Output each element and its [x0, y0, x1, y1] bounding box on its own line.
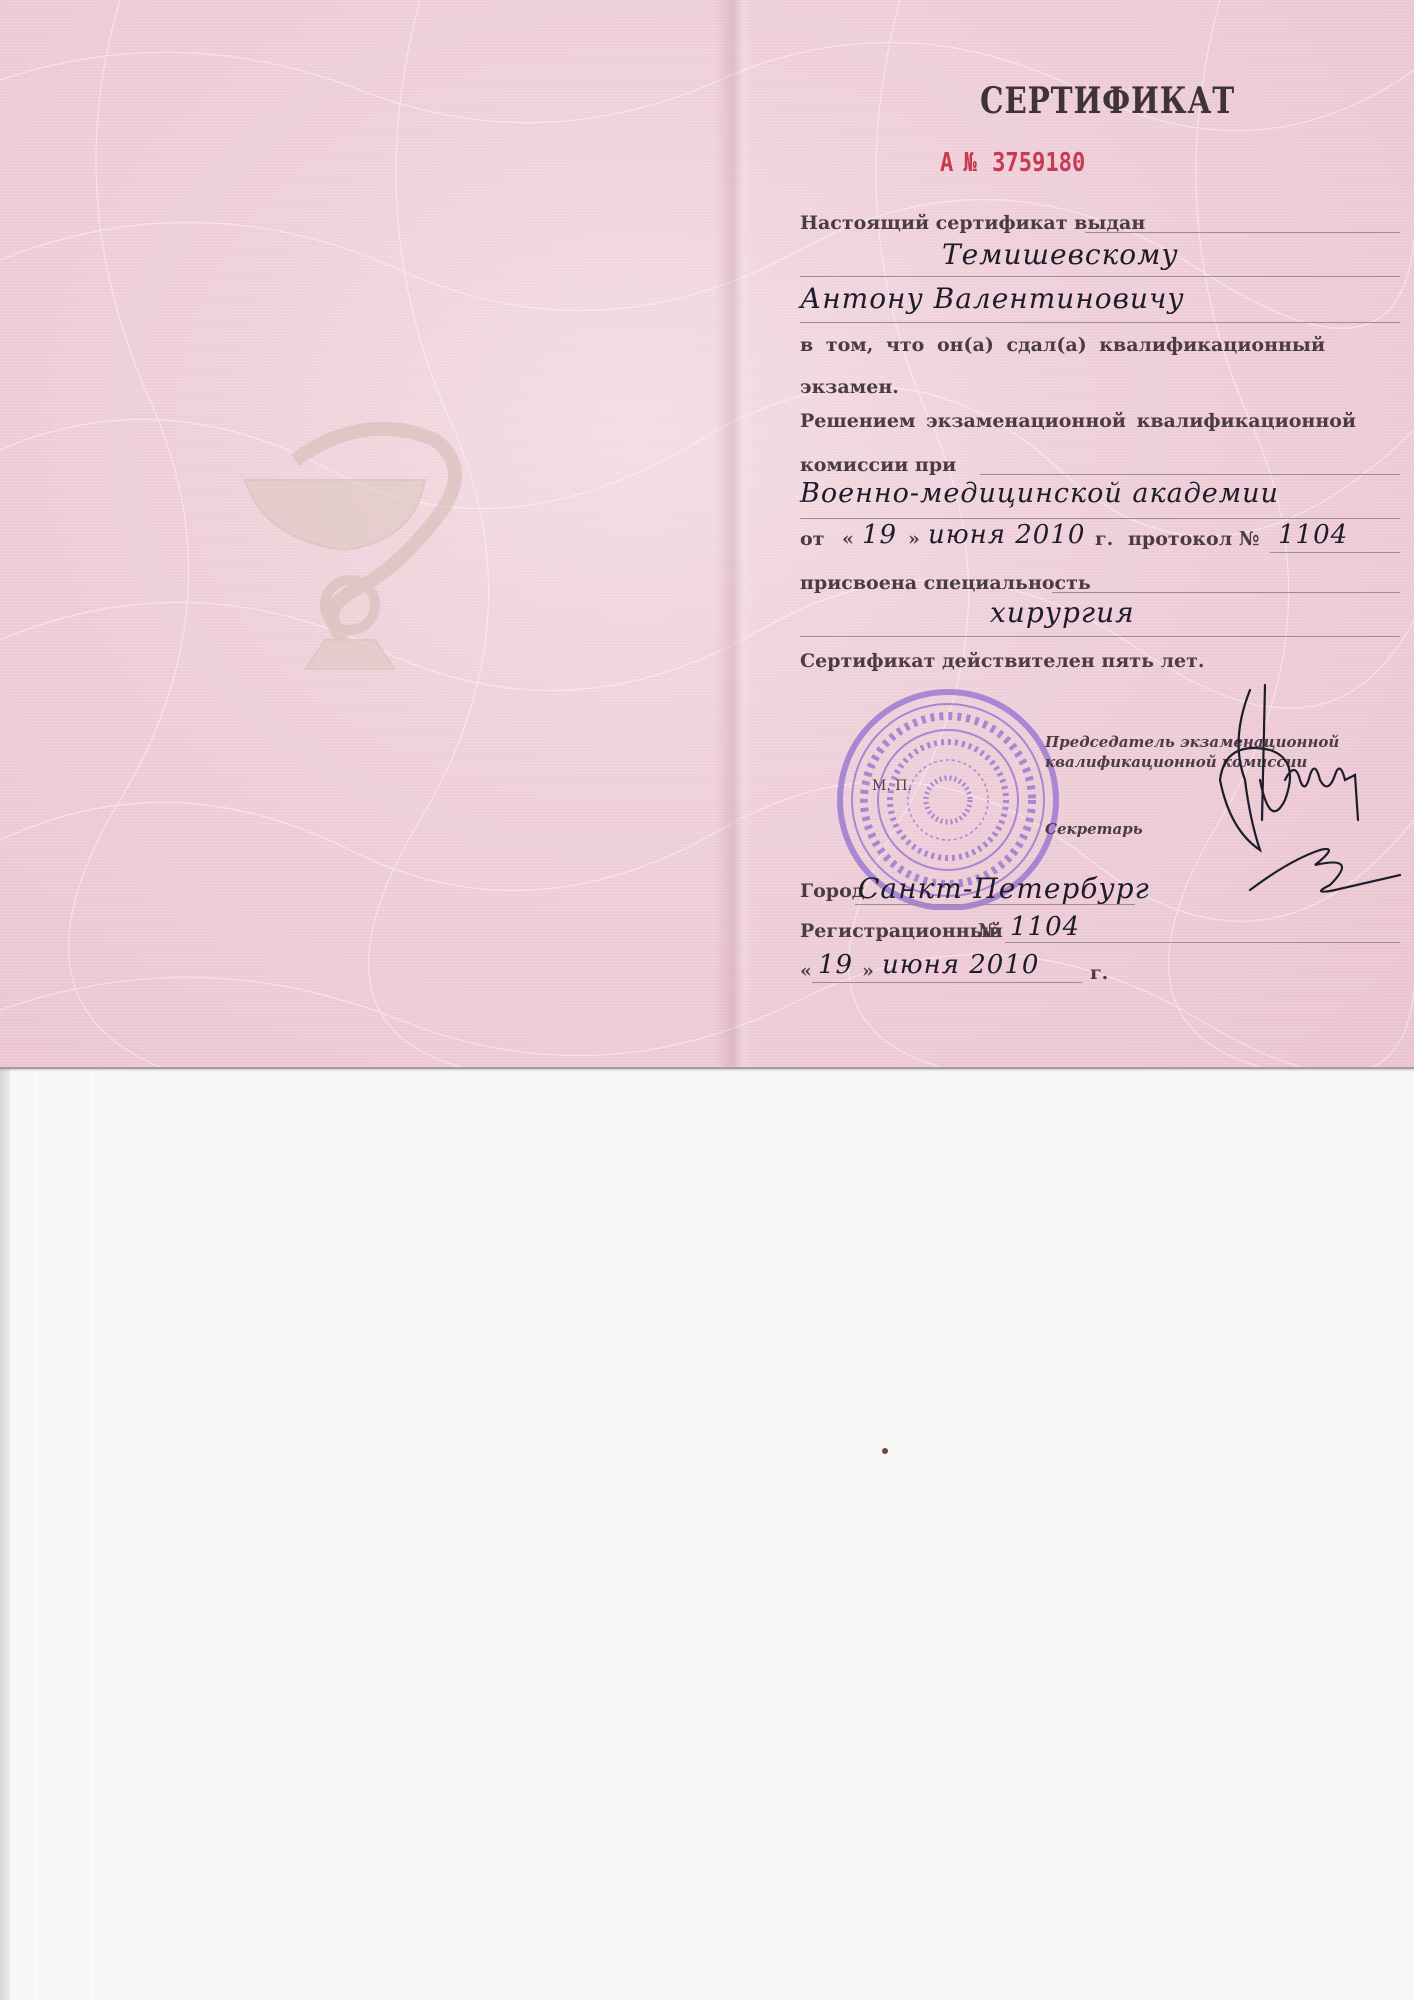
decision-date-day: 19	[862, 520, 897, 550]
commission-label: комиссии при	[800, 454, 956, 476]
secretary-label: Секретарь	[1045, 820, 1143, 838]
field-rule	[800, 322, 1400, 323]
institution-name: Военно-медицинской академии	[800, 478, 1279, 509]
bowl-of-hygieia-icon	[235, 400, 475, 670]
serial-number-sign: №	[964, 148, 977, 178]
field-rule	[855, 904, 1135, 905]
exam-statement-line-2: экзамен.	[800, 376, 899, 398]
registration-date-open-quote: «	[800, 960, 812, 982]
decision-date-month-year: июня 2010	[928, 520, 1085, 550]
field-rule	[800, 636, 1400, 637]
protocol-label: протокол №	[1128, 528, 1259, 550]
serial-number: 3759180	[992, 148, 1085, 178]
certificate-title: СЕРТИФИКАТ	[980, 80, 1235, 122]
signatures	[1190, 680, 1410, 910]
field-rule	[1085, 232, 1400, 233]
registration-label: Регистрационный	[800, 920, 1003, 942]
recipient-surname: Темишевскому	[942, 238, 1179, 271]
registration-number: 1104	[1010, 912, 1080, 942]
issued-to-label: Настоящий сертификат выдан	[800, 212, 1145, 234]
decision-date-year-suffix: г.	[1095, 528, 1113, 550]
field-rule	[1270, 552, 1400, 553]
certificate-right-page: СЕРТИФИКАТ А№3759180 Настоящий сертифика…	[790, 0, 1410, 1067]
recipient-name: Антону Валентиновичу	[800, 282, 1185, 315]
dust-speck	[882, 1448, 888, 1454]
certificate-booklet: СЕРТИФИКАТ А№3759180 Настоящий сертифика…	[0, 0, 1414, 1069]
decision-date-open-quote: «	[842, 528, 854, 550]
registration-date-month-year: июня 2010	[882, 950, 1039, 980]
specialty-label: присвоена специальность	[800, 572, 1091, 594]
registration-date-close-quote: »	[862, 960, 874, 982]
field-rule	[800, 276, 1400, 277]
exam-statement-line-1: в том, что он(а) сдал(а) квалификационны…	[800, 334, 1325, 356]
serial-series: А	[940, 148, 953, 178]
field-rule	[1052, 592, 1400, 593]
scanner-line	[35, 1068, 36, 2000]
city-value: Санкт-Петербург	[858, 872, 1150, 905]
registration-date-year-suffix: г.	[1090, 962, 1108, 984]
decision-date-prefix: от	[800, 528, 824, 550]
registration-number-sign: №	[978, 920, 999, 942]
field-rule	[800, 518, 1400, 519]
certificate-serial: А№3759180	[940, 148, 1085, 178]
field-rule	[812, 982, 1082, 983]
validity-statement: Сертификат действителен пять лет.	[800, 650, 1204, 672]
scanner-line	[92, 1068, 93, 2000]
field-rule	[1005, 942, 1400, 943]
registration-date-day: 19	[818, 950, 853, 980]
scanner-edge-strip	[0, 1068, 10, 2000]
city-label: Город	[800, 880, 864, 902]
decision-date-close-quote: »	[908, 528, 920, 550]
decision-line: Решением экзаменационной квалификационно…	[800, 410, 1356, 432]
seal-placeholder-label: М. П.	[872, 778, 912, 794]
booklet-fold	[715, 0, 755, 1067]
protocol-number: 1104	[1278, 520, 1348, 550]
specialty-value: хирургия	[990, 596, 1135, 629]
field-rule	[980, 474, 1400, 475]
